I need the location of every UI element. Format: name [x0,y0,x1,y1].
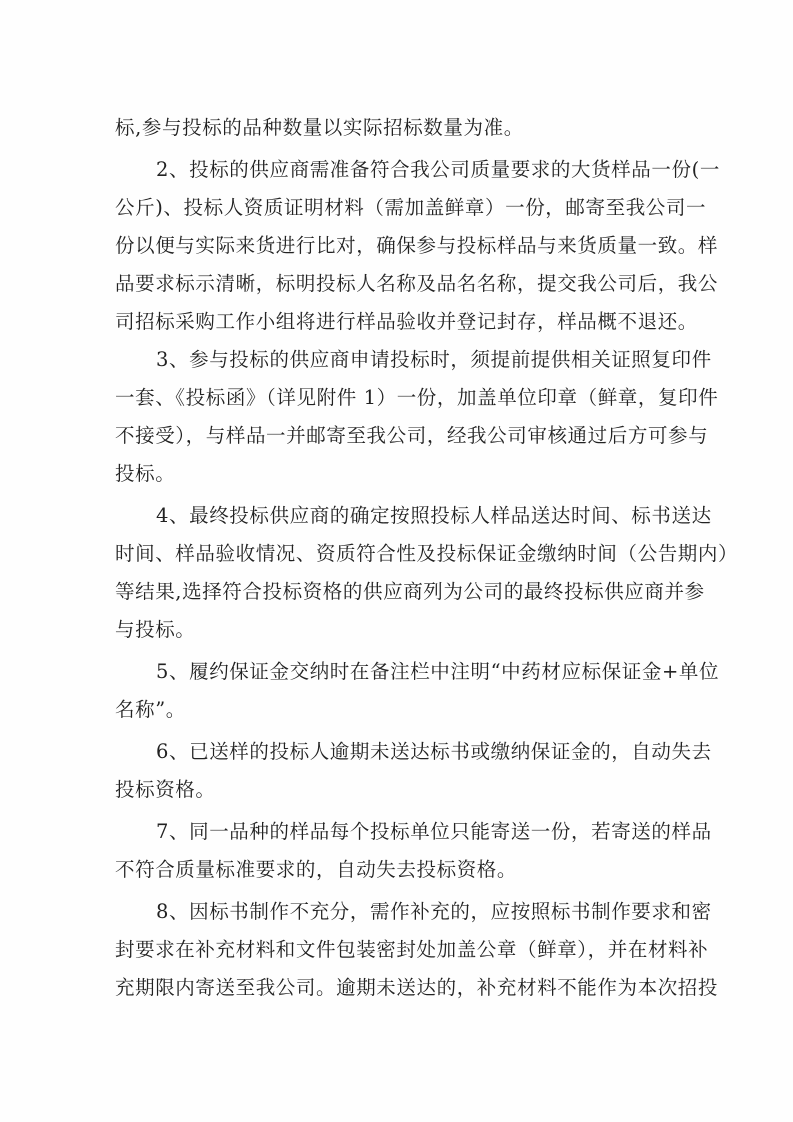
text-line: 等结果,选择符合投标资格的供应商列为公司的最终投标供应商并参 [115,577,680,615]
document-page: 标,参与投标的品种数量以实际招标数量为准。 2、投标的供应商需准备符合我公司质量… [0,0,793,1122]
text-line: 公斤)、投标人资质证明材料（需加盖鲜章）一份，邮寄至我公司一 [115,193,680,231]
text-line: 品要求标示清晰，标明投标人名称及品名名称，提交我公司后，我公 [115,269,680,307]
document-body: 标,参与投标的品种数量以实际招标数量为准。 2、投标的供应商需准备符合我公司质量… [115,113,680,1011]
paragraph-3-line: 3、参与投标的供应商申请投标时，须提前提供相关证照复印件 [115,345,680,383]
text-line: 时间、样品验收情况、资质符合性及投标保证金缴纳时间（公告期内） [115,539,680,577]
text-line: 与投标。 [115,615,680,653]
text-line: 名称”。 [115,695,680,733]
text-line: 一套、《投标函》（详见附件 1）一份，加盖单位印章（鲜章，复印件 [115,383,680,421]
paragraph-7-line: 7、同一品种的样品每个投标单位只能寄送一份，若寄送的样品 [115,817,680,855]
text-line: 司招标采购工作小组将进行样品验收并登记封存，样品概不退还。 [115,307,680,345]
text-line: 不接受），与样品一并邮寄至我公司，经我公司审核通过后方可参与 [115,421,680,459]
text-line: 充期限内寄送至我公司。逾期未送达的，补充材料不能作为本次招投 [115,973,680,1011]
text-line: 投标。 [115,459,680,497]
paragraph-5-line: 5、履约保证金交纳时在备注栏中注明“中药材应标保证金+单位 [115,657,680,695]
text-line: 标,参与投标的品种数量以实际招标数量为准。 [115,113,680,151]
paragraph-4-line: 4、最终投标供应商的确定按照投标人样品送达时间、标书送达 [115,501,680,539]
text-line: 投标资格。 [115,775,680,813]
paragraph-6-line: 6、已送样的投标人逾期未送达标书或缴纳保证金的，自动失去 [115,737,680,775]
text-line: 份以便与实际来货进行比对，确保参与投标样品与来货质量一致。样 [115,231,680,269]
paragraph-8-line: 8、因标书制作不充分，需作补充的，应按照标书制作要求和密 [115,897,680,935]
paragraph-2-line: 2、投标的供应商需准备符合我公司质量要求的大货样品一份(一 [115,155,680,193]
text-line: 封要求在补充材料和文件包装密封处加盖公章（鲜章），并在材料补 [115,935,680,973]
text-line: 不符合质量标准要求的，自动失去投标资格。 [115,855,680,893]
